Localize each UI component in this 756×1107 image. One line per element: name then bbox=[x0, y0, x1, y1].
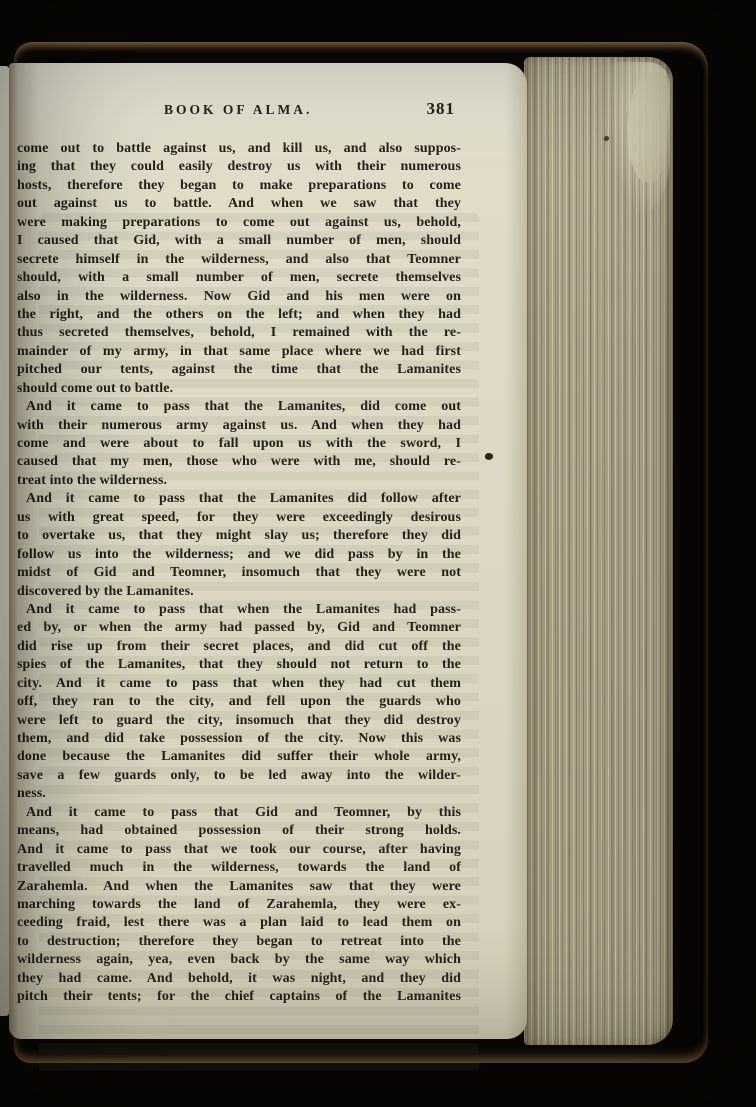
text-line: us with great speed, for they were excee… bbox=[17, 509, 461, 527]
running-head: BOOK OF ALMA. bbox=[164, 102, 312, 118]
text-column: come out to battle against us, and kill … bbox=[17, 140, 461, 1007]
text-line: should come out to battle. bbox=[17, 380, 461, 398]
text-line: mainder of my army, in that same place w… bbox=[17, 343, 461, 361]
text-line: treat into the wilderness. bbox=[17, 472, 461, 490]
text-line: secrete himself in the wilderness, and a… bbox=[17, 251, 461, 269]
page-content: BOOK OF ALMA. 381 come out to battle aga… bbox=[17, 99, 461, 1007]
text-line: with their numerous army against us. And… bbox=[17, 417, 461, 435]
text-line: And it came to pass that we took our cou… bbox=[17, 841, 461, 859]
text-line: come and were about to fall upon us with… bbox=[17, 435, 461, 453]
book-page: BOOK OF ALMA. 381 come out to battle aga… bbox=[9, 63, 527, 1039]
text-line: should, with a small number of men, secr… bbox=[17, 269, 461, 287]
text-line: follow us into the wilderness; and we di… bbox=[17, 546, 461, 564]
text-line: done because the Lamanites did suffer th… bbox=[17, 748, 461, 766]
text-line: thus secreted themselves, behold, I rema… bbox=[17, 324, 461, 342]
text-line: caused that my men, those who were with … bbox=[17, 453, 461, 471]
text-line: to overtake us, that they might slay us;… bbox=[17, 527, 461, 545]
text-line: I caused that Gid, with a small number o… bbox=[17, 232, 461, 250]
text-line: Zarahemla. And when the Lamanites saw th… bbox=[17, 878, 461, 896]
text-line: they had came. And behold, it was night,… bbox=[17, 970, 461, 988]
text-line: travelled much in the wilderness, toward… bbox=[17, 859, 461, 877]
text-line: out against us to battle. And when we sa… bbox=[17, 195, 461, 213]
text-line: And it came to pass that the Lamanites, … bbox=[17, 398, 461, 416]
text-line: And it came to pass that Gid and Teomner… bbox=[17, 804, 461, 822]
text-line: them, and did take possession of the cit… bbox=[17, 730, 461, 748]
text-line: pitch their tents; for the chief captain… bbox=[17, 988, 461, 1006]
text-line: also in the wilderness. Now Gid and his … bbox=[17, 288, 461, 306]
text-line: to destruction; therefore they began to … bbox=[17, 933, 461, 951]
text-line: the right, and the others on the left; a… bbox=[17, 306, 461, 324]
text-line: save a few guards only, to be led away i… bbox=[17, 767, 461, 785]
page-number: 381 bbox=[427, 99, 456, 119]
text-line: ed by, or when the army had passed by, G… bbox=[17, 619, 461, 637]
text-line: off, they ran to the city, and fell upon… bbox=[17, 693, 461, 711]
text-line: wilderness again, yea, even back by the … bbox=[17, 951, 461, 969]
text-line: come out to battle against us, and kill … bbox=[17, 140, 461, 158]
text-line: spies of the Lamanites, that they should… bbox=[17, 656, 461, 674]
text-line: And it came to pass that when the Lamani… bbox=[17, 601, 461, 619]
text-line: pitched our tents, against the time that… bbox=[17, 361, 461, 379]
text-line: marching towards the land of Zarahemla, … bbox=[17, 896, 461, 914]
text-line: ness. bbox=[17, 785, 461, 803]
text-line: ing that they could easily destroy us wi… bbox=[17, 158, 461, 176]
book-photo: BOOK OF ALMA. 381 come out to battle aga… bbox=[0, 0, 756, 1107]
text-line: ceeding fraid, lest there was a plan lai… bbox=[17, 914, 461, 932]
opposite-page-sliver bbox=[0, 66, 9, 1016]
text-line: midst of Gid and Teomner, insomuch that … bbox=[17, 564, 461, 582]
text-line: And it came to pass that the Lamanites d… bbox=[17, 490, 461, 508]
text-line: were making preparations to come out aga… bbox=[17, 214, 461, 232]
page-header: BOOK OF ALMA. 381 bbox=[17, 99, 461, 140]
text-line: discovered by the Lamanites. bbox=[17, 583, 461, 601]
text-line: were left to guard the city, insomuch th… bbox=[17, 712, 461, 730]
text-line: city. And it came to pass that when they… bbox=[17, 675, 461, 693]
text-line: did rise up from their secret places, an… bbox=[17, 638, 461, 656]
text-line: hosts, therefore they began to make prep… bbox=[17, 177, 461, 195]
text-line: means, had obtained possession of their … bbox=[17, 822, 461, 840]
